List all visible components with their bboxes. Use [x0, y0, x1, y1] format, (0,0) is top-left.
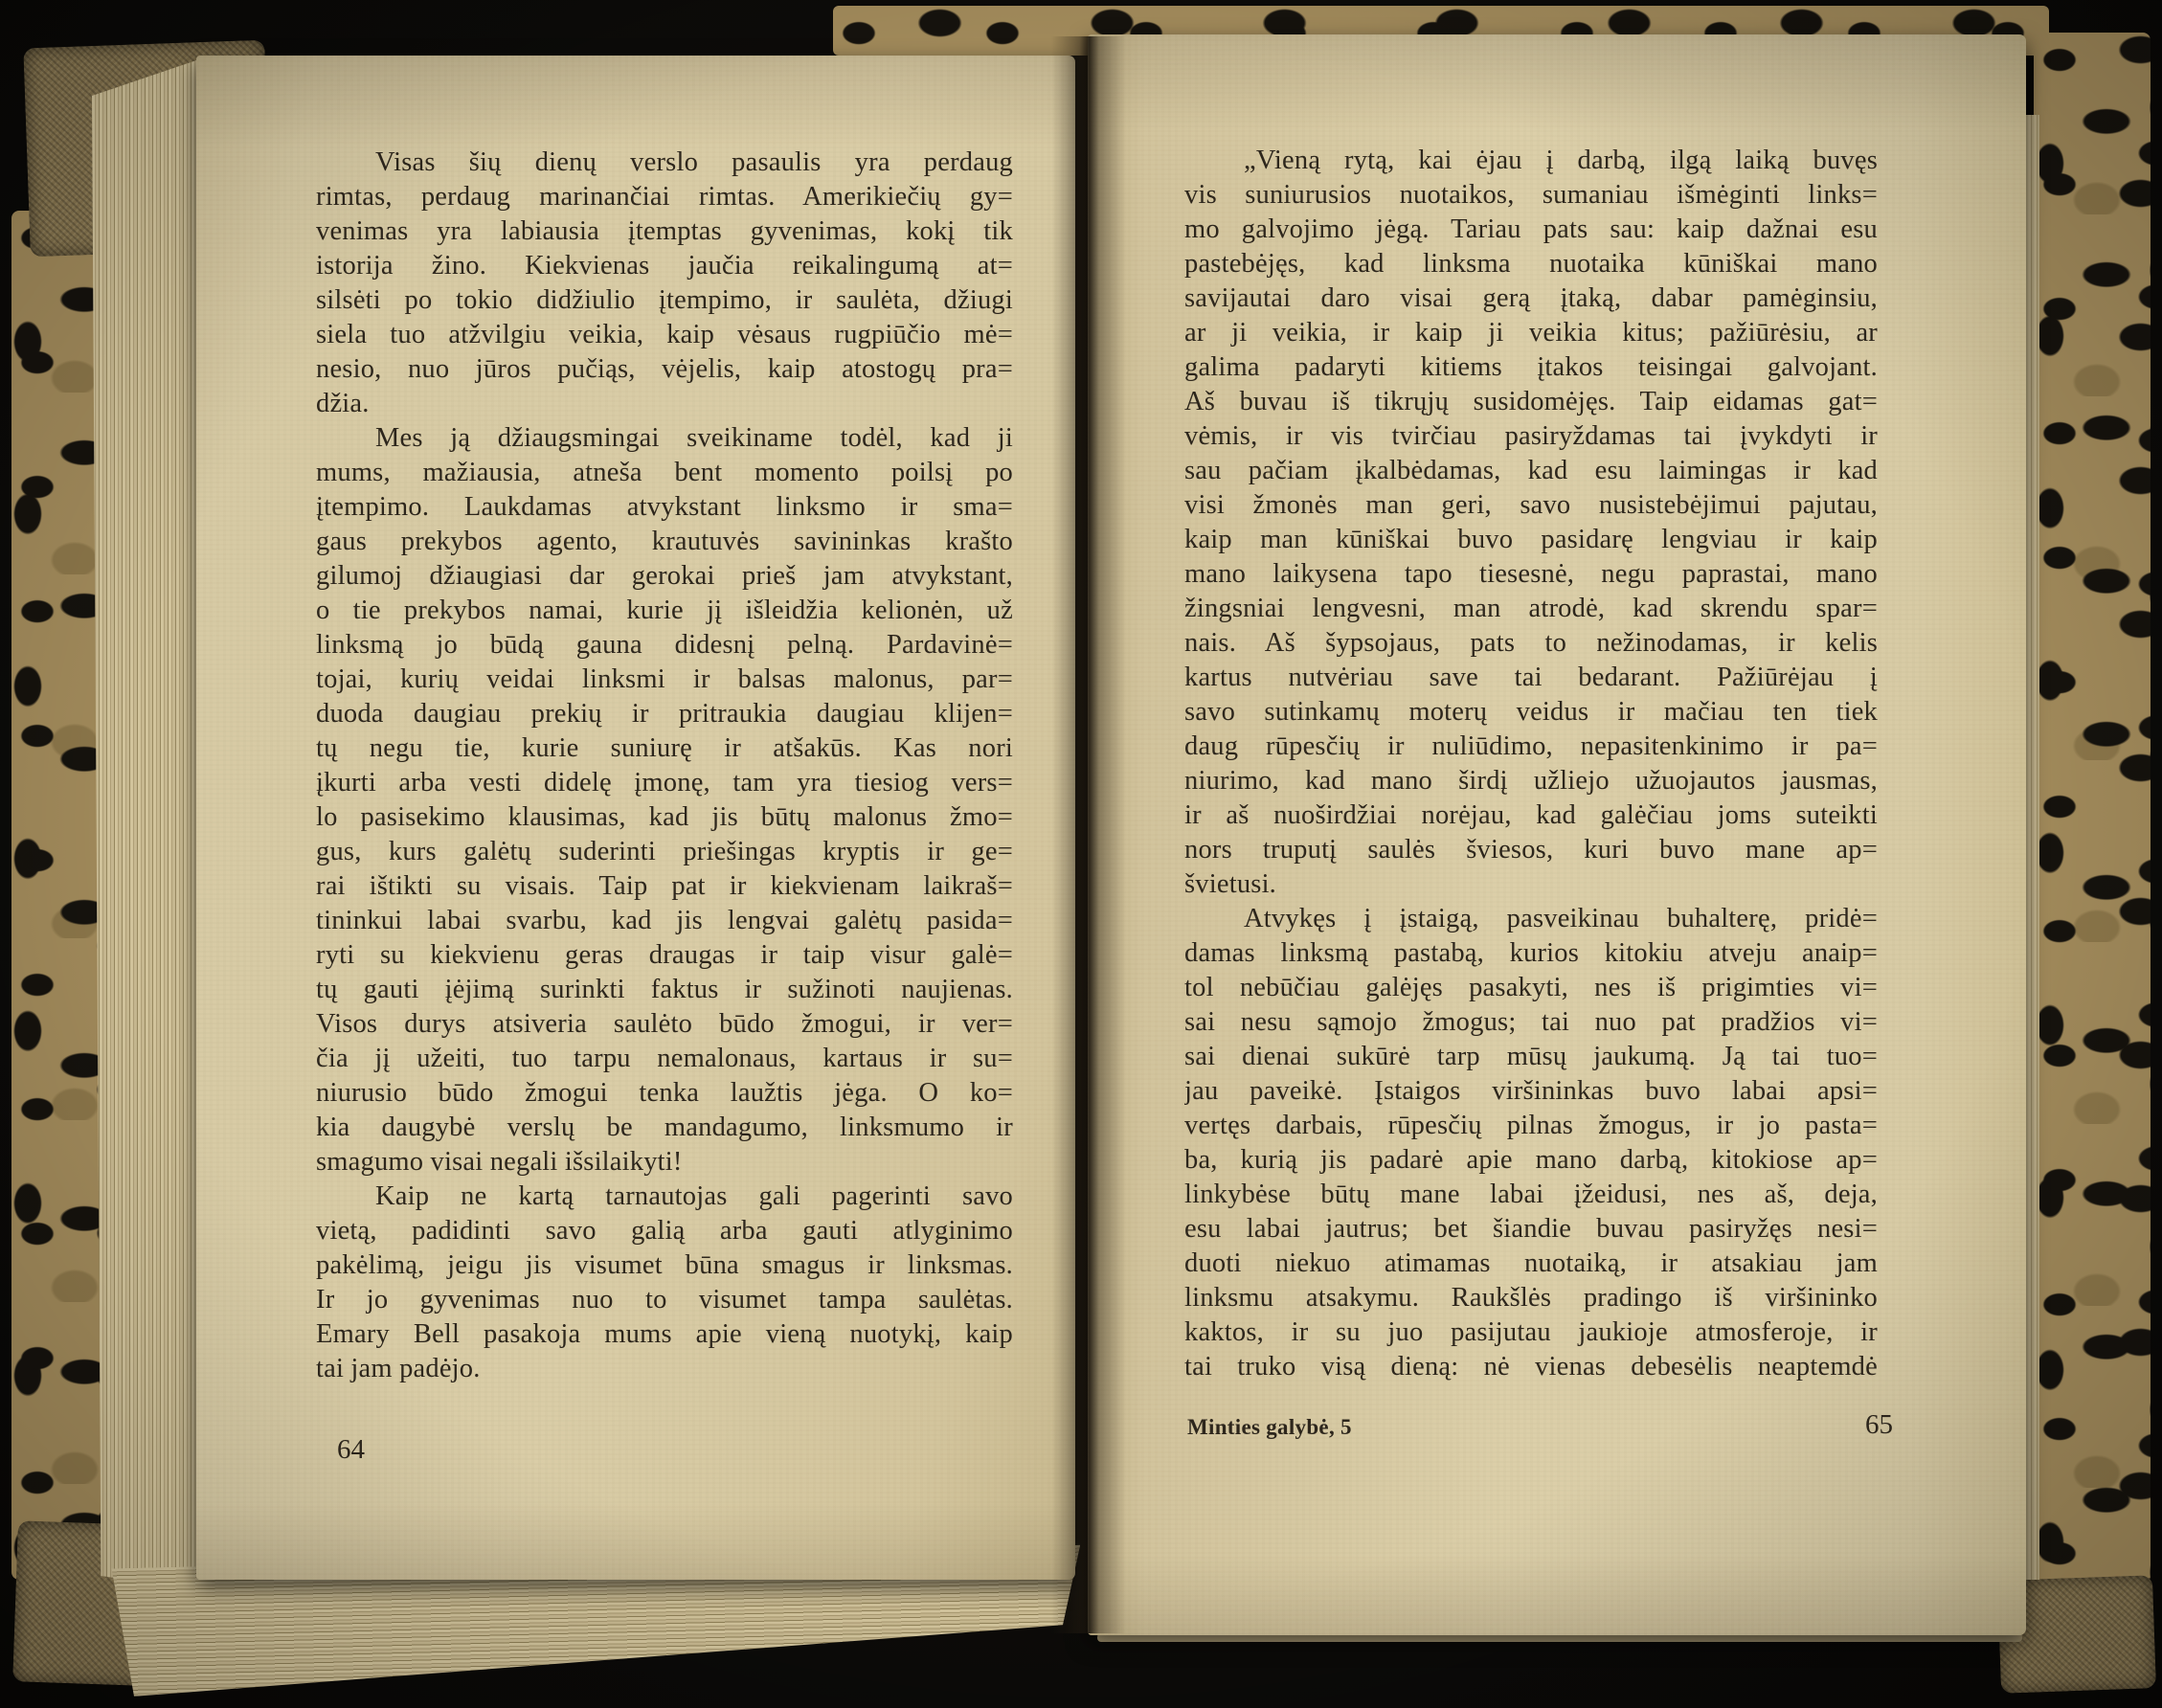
text-line: Ir jo gyvenimas nuo to visumet tampa sau… [316, 1283, 1013, 1317]
text-line: linkybėse būtų mane labai įžeidusi, nes … [1184, 1178, 1878, 1212]
running-footer: Minties galybė, 5 [1187, 1415, 1352, 1440]
text-line: Kaip ne kartą tarnautojas gali pagerinti… [316, 1180, 1013, 1214]
text-line: kia daugybė verslų be mandagumo, linksmu… [316, 1111, 1013, 1145]
text-line: įtempimo. Laukdamas atvykstant linksmo i… [316, 490, 1013, 525]
text-line: daug rūpesčių ir nuliūdimo, nepasitenkin… [1184, 730, 1878, 764]
text-line: vėmis, ir vis tvirčiau pasiryždamas tai … [1184, 419, 1878, 454]
text-line: įkurti arba vesti didelę įmonę, tam yra … [316, 766, 1013, 800]
text-line: vis suniurusios nuotaikos, sumaniau išmė… [1184, 178, 1878, 213]
text-line: sai nesu sąmojo žmogus; tai nuo pat prad… [1184, 1005, 1878, 1040]
text-line: ir aš nuoširdžiai norėjau, kad galėčiau … [1184, 798, 1878, 833]
page-stack-left-edge [92, 57, 205, 1591]
text-line: galima padaryti kitiems įtakos teisingai… [1184, 350, 1878, 385]
left-page-number: 64 [337, 1434, 365, 1466]
text-line: kartus nutvėriau save tai bedarant. Paži… [1184, 661, 1878, 695]
text-line: Mes ją džiaugsmingai sveikiname todėl, k… [316, 421, 1013, 456]
text-line: o tie prekybos namai, kurie jį išleidžia… [316, 594, 1013, 628]
text-line: nors truputį saulės šviesos, kuri buvo m… [1184, 833, 1878, 867]
text-line: pakėlimą, jeigu jis visumet būna smagus … [316, 1248, 1013, 1283]
text-line: mums, mažiausia, atneša bent momento poi… [316, 456, 1013, 490]
text-line: tai jam padėjo. [316, 1352, 1013, 1386]
text-line: ar ji veikia, ir kaip ji veikia kitus; p… [1184, 316, 1878, 350]
text-line: tol nebūčiau galėjęs pasakyti, nes iš pr… [1184, 971, 1878, 1005]
text-line: Atvykęs į įstaigą, pasveikinau buhalterę… [1184, 902, 1878, 936]
text-line: pastebėjęs, kad linksma nuotaika kūniška… [1184, 247, 1878, 281]
text-line: smagumo visai negali išsilaikyti! [316, 1145, 1013, 1180]
text-line: gaus prekybos agento, krautuvės savinink… [316, 525, 1013, 559]
text-line: niurusio būdo žmogui tenka laužtis jėga.… [316, 1076, 1013, 1111]
text-line: duoti niekuo atimamas nuotaiką, ir atsak… [1184, 1247, 1878, 1281]
text-line: džia. [316, 387, 1013, 421]
text-line: ba, kurią jis padarė apie mano darbą, ki… [1184, 1143, 1878, 1178]
text-line: venimas yra labiausia įtemptas gyvenimas… [316, 214, 1013, 249]
text-line: rimtas, perdaug marinančiai rimtas. Amer… [316, 180, 1013, 214]
text-line: ryti su kiekvienu geras draugas ir taip … [316, 938, 1013, 973]
right-page-text: „Vieną rytą, kai ėjau į darbą, ilgą laik… [1184, 144, 1878, 1384]
text-line: kaip man kūniškai buvo pasidarę lengviau… [1184, 523, 1878, 557]
text-line: Aš buvau iš tikrųjų susidomėjęs. Taip ei… [1184, 385, 1878, 419]
text-line: vietą, padidinti savo galią arba gauti a… [316, 1214, 1013, 1248]
book-photo: Visas šių dienų verslo pasaulis yra perd… [0, 0, 2162, 1708]
text-line: mo galvojimo jėgą. Tariau pats sau: kaip… [1184, 213, 1878, 247]
text-line: nesio, nuo jūros pučiąs, vėjelis, kaip a… [316, 352, 1013, 387]
text-line: savo sutinkamų moterų veidus ir mačiau t… [1184, 695, 1878, 730]
text-line: vertęs darbais, rūpesčių pilnas žmogus, … [1184, 1109, 1878, 1143]
text-line: savijautai daro visai gerą įtaką, dabar … [1184, 281, 1878, 316]
text-line: gilumoj džiaugiasi dar gerokai prieš jam… [316, 559, 1013, 594]
text-line: Visas šių dienų verslo pasaulis yra perd… [316, 146, 1013, 180]
text-line: tininkui labai svarbu, kad jis lengvai g… [316, 904, 1013, 938]
text-line: „Vieną rytą, kai ėjau į darbą, ilgą laik… [1184, 144, 1878, 178]
text-line: Visos durys atsiveria saulėto būdo žmogu… [316, 1007, 1013, 1042]
text-line: siela tuo atžvilgiu veikia, kaip vėsaus … [316, 318, 1013, 352]
text-line: lo pasisekimo klausimas, kad jis būtų ma… [316, 800, 1013, 835]
text-line: čia jį užeiti, tuo tarpu nemalonaus, kar… [316, 1042, 1013, 1076]
text-line: Emary Bell pasakoja mums apie vieną nuot… [316, 1317, 1013, 1352]
text-line: niurimo, kad mano širdį užliejo užuojaut… [1184, 764, 1878, 798]
text-line: mano laikysena tapo tiesesnė, negu papra… [1184, 557, 1878, 592]
text-line: švietusi. [1184, 867, 1878, 902]
text-line: istorija žino. Kiekvienas jaučia reikali… [316, 249, 1013, 283]
text-line: visi žmonės man geri, savo nusistebėjimu… [1184, 488, 1878, 523]
text-line: kaktos, ir su juo pasijutau jaukioje atm… [1184, 1315, 1878, 1350]
text-line: silsėti po tokio didžiulio įtempimo, ir … [316, 283, 1013, 318]
text-line: tų gauti įėjimą surinkti faktus ir sužin… [316, 973, 1013, 1007]
text-line: tojai, kurių veidai linksmi ir balsas ma… [316, 663, 1013, 697]
marbled-cover-right-edge [2034, 33, 2151, 1633]
text-line: tai truko visą dieną: nė vienas debesėli… [1184, 1350, 1878, 1384]
text-line: tų negu tie, kurie suniurę ir atšakūs. K… [316, 731, 1013, 766]
text-line: duoda daugiau prekių ir pritraukia daugi… [316, 697, 1013, 731]
text-line: nais. Aš šypsojaus, pats to nežinodamas,… [1184, 626, 1878, 661]
text-line: damas linksmą pastabą, kurios kitokiu at… [1184, 936, 1878, 971]
text-line: linksmą jo būdą gauna didesnį pelną. Par… [316, 628, 1013, 663]
text-line: gus, kurs galėtų suderinti priešingas kr… [316, 835, 1013, 869]
text-line: sai dienai sukūrė tarp mūsų jaukumą. Ją … [1184, 1040, 1878, 1074]
text-line: rai ištikti su visais. Taip pat ir kiekv… [316, 869, 1013, 904]
text-line: žingsniai lengvesni, man atrodė, kad skr… [1184, 592, 1878, 626]
text-line: jau paveikė. Įstaigos viršininkas buvo l… [1184, 1074, 1878, 1109]
left-page-text: Visas šių dienų verslo pasaulis yra perd… [316, 146, 1013, 1386]
text-line: linksmu atsakymu. Raukšlės pradingo iš v… [1184, 1281, 1878, 1315]
text-line: sau pačiam įkalbėdamas, kad esu laiminga… [1184, 454, 1878, 488]
right-page-number: 65 [1865, 1409, 1893, 1441]
text-line: esu labai jautrus; bet šiandie buvau pas… [1184, 1212, 1878, 1247]
